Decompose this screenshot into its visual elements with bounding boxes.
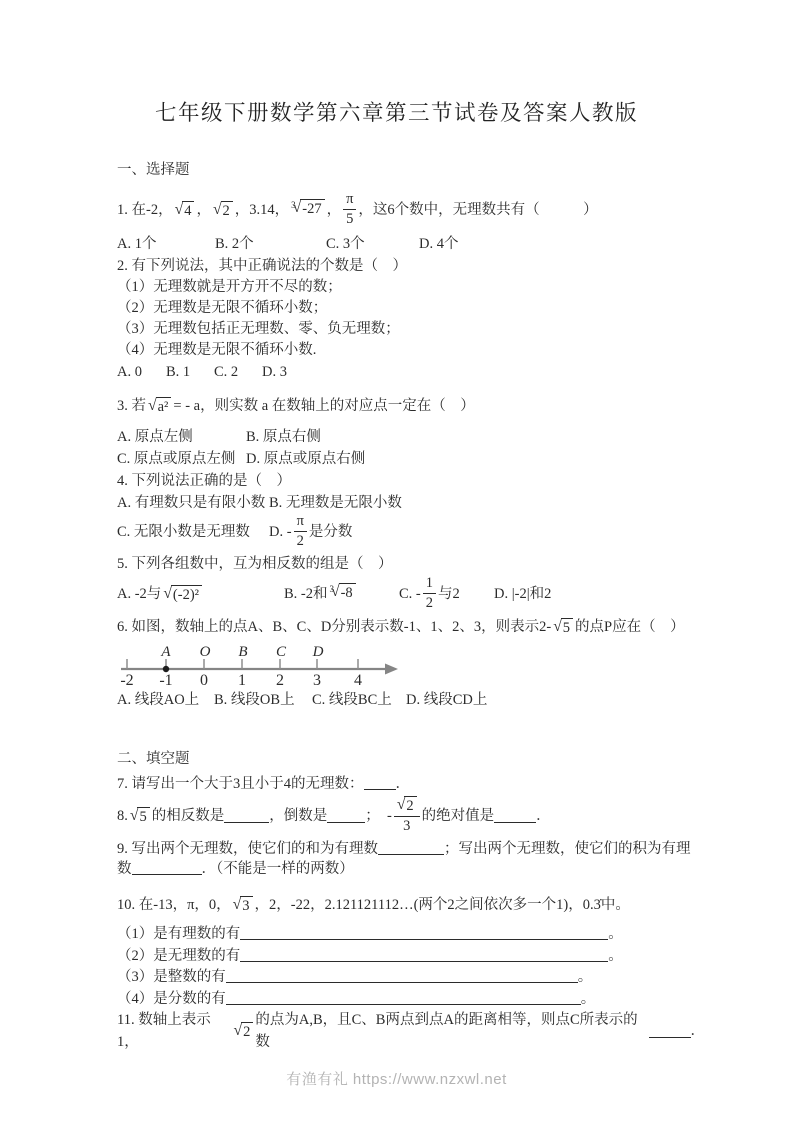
q6-options: A. 线段AO上 B. 线段OB上 C. 线段BC上 D. 线段CD上 xyxy=(117,689,705,711)
question-9-line-1: 9. 写出两个无理数，使它们的和为有理数；写出两个无理数，使它们的积为有理 xyxy=(117,839,705,859)
answer-blank xyxy=(649,1024,691,1038)
q8-end: ． xyxy=(536,805,551,827)
tick-label: 0 xyxy=(200,672,208,687)
answer-blank xyxy=(226,969,578,983)
sqrt-2: √2 xyxy=(213,201,233,220)
q4-options-row-1: A. 有理数只是有限小数 B. 无理数是无限小数 xyxy=(117,492,705,514)
radicand: 5 xyxy=(561,618,573,637)
tick-label: -1 xyxy=(159,672,172,687)
q10-item-3: （3）是整数的有。 xyxy=(117,967,705,989)
numerator: 1 xyxy=(423,575,436,594)
q1-comma2: ， xyxy=(327,199,342,221)
radical-sign: √ xyxy=(553,619,562,635)
q3-options-row-2: C. 原点或原点左侧 D. 原点或原点右侧 xyxy=(117,448,705,470)
q1-options: A. 1个 B. 2个 C. 3个 D. 4个 xyxy=(117,233,705,255)
question-8: 8. √5 的相反数是 ，倒数是 ； - √23 的绝对值是 ． xyxy=(117,797,705,835)
sqrt-2: √2 xyxy=(397,796,417,815)
radicand: (-2)² xyxy=(171,585,202,604)
radical-sign: √ xyxy=(234,1023,243,1039)
q10-item-end: 。 xyxy=(608,926,623,942)
q3-options-row-1: A. 原点左侧 B. 原点右侧 xyxy=(117,426,705,448)
axis-arrow xyxy=(385,664,398,675)
q5-option-b-pre: B. -2和 xyxy=(284,583,328,605)
q10-item-2-label: （2）是无理数的有 xyxy=(117,948,240,964)
q1-text-post: ，这6个数中，无理数共有（ ） xyxy=(358,199,597,221)
tick-label: 3 xyxy=(313,672,321,687)
radicand: 2 xyxy=(404,796,416,815)
denominator: 3 xyxy=(403,817,410,835)
tick-label: -2 xyxy=(120,672,133,687)
point-label-A: A xyxy=(160,644,171,660)
q1-option-d: D. 4个 xyxy=(419,233,458,255)
q4-option-d: D. - π2 是分数 xyxy=(269,514,352,550)
q3-option-a: A. 原点左侧 xyxy=(117,426,246,448)
sqrt-4: √4 xyxy=(175,201,195,220)
q4-option-d-pre: D. - xyxy=(269,521,292,543)
q6-option-d: D. 线段CD上 xyxy=(406,689,487,711)
question-1: 1. 在-2， √4 ， √2 ，3.14， 3√-27 ， π5 ，这6个数中… xyxy=(117,189,705,231)
q5-option-d: D. |-2|和2 xyxy=(494,583,551,605)
q10-item-end: 。 xyxy=(608,948,623,964)
q1-text-pre: 1. 在-2， xyxy=(117,199,173,221)
exam-body: 一、选择题 1. 在-2， √4 ， √2 ，3.14， 3√-27 ， π5 … xyxy=(0,127,793,1044)
tick-label: 2 xyxy=(276,672,284,687)
q3-text-post: = - a，则实数 a 在数轴上的对应点一定在（ ） xyxy=(173,395,474,417)
fraction-1-2: 12 xyxy=(423,575,436,611)
q11-end: ． xyxy=(691,1020,706,1042)
q2-item-2: （2）无理数是无限不循环小数； xyxy=(117,298,705,319)
q5-option-c: C. - 12 与2 xyxy=(399,576,494,612)
q5-option-c-pre: C. - xyxy=(399,583,421,605)
q8-text-4: 的绝对值是 xyxy=(422,805,495,827)
q2-option-b: B. 1 xyxy=(166,361,214,383)
q6-option-a: A. 线段AO上 xyxy=(117,689,214,711)
radical-sign: √ xyxy=(397,797,406,813)
sqrt-5: √5 xyxy=(553,618,573,637)
question-7: 7. 请写出一个大于3且小于4的无理数：． xyxy=(117,773,705,795)
q10-item-1-label: （1）是有理数的有 xyxy=(117,926,240,942)
radicand: 3 xyxy=(240,896,252,915)
q6-text-post: 的点P应在（ ） xyxy=(575,616,685,638)
q7-text: 7. 请写出一个大于3且小于4的无理数： xyxy=(117,776,364,792)
question-4: 4. 下列说法正确的是（ ） xyxy=(117,470,705,492)
sqrt-5: √5 xyxy=(130,807,150,826)
exam-page: 七年级下册数学第六章第三节试卷及答案人教版 一、选择题 1. 在-2， √4 ，… xyxy=(0,0,793,1122)
footer-watermark: 有渔有礼 https://www.nzxwl.net xyxy=(0,1068,793,1089)
q4-option-c: C. 无限小数是无理数 xyxy=(117,521,269,543)
q10-item-4: （4）是分数的有。 xyxy=(117,989,705,1011)
q5-option-a: A. -2与 √(-2)² xyxy=(117,583,284,605)
question-11: 11. 数轴上表示1， √2 的点为A,B，且C、B两点到点A的距离相等，则点C… xyxy=(117,1018,705,1044)
radicand: 4 xyxy=(182,201,194,220)
q7-end: ． xyxy=(396,776,411,792)
radical-sign: √ xyxy=(130,808,139,824)
q8-text-1: 的相反数是 xyxy=(152,805,225,827)
q1-option-b: B. 2个 xyxy=(215,233,326,255)
radical-sign: √ xyxy=(148,398,157,414)
q2-item-3: （3）无理数包括正无理数、零、负无理数； xyxy=(117,319,705,340)
q4-option-b: B. 无理数是无限小数 xyxy=(269,492,402,514)
answer-blank xyxy=(240,948,608,962)
radicand: 2 xyxy=(221,201,233,220)
sqrt-3: √3 xyxy=(233,896,253,915)
question-10: 10. 在-13，π，0， √3 ，2，-22，2.121121112…(两个2… xyxy=(117,892,705,918)
fraction-pi-2: π2 xyxy=(294,513,307,549)
answer-blank xyxy=(494,809,536,823)
radical-sign: √ xyxy=(175,202,184,218)
answer-blank xyxy=(226,991,581,1005)
q9-text-3: 数 xyxy=(117,861,132,877)
q9-text-4: ．（不能是一样的两数） xyxy=(202,861,354,877)
q9-text-1: 9. 写出两个无理数，使它们的和为有理数 xyxy=(117,841,378,857)
radical-sign: √ xyxy=(213,202,222,218)
q3-text-pre: 3. 若 xyxy=(117,395,146,417)
numerator: √2 xyxy=(394,796,420,817)
question-5: 5. 下列各组数中，互为相反数的组是（ ） xyxy=(117,553,705,575)
q6-option-b: B. 线段OB上 xyxy=(214,689,312,711)
q4-option-d-post: 是分数 xyxy=(309,521,353,543)
q3-option-c: C. 原点或原点左侧 xyxy=(117,448,246,470)
q4-options-row-2: C. 无限小数是无理数 D. - π2 是分数 xyxy=(117,514,705,550)
numerator: π xyxy=(343,191,356,210)
radical-sign: √ xyxy=(163,586,172,602)
tick-label: 1 xyxy=(238,672,246,687)
question-6: 6. 如图，数轴上的点A、B、C、D分别表示数-1、1、2、3，则表示2- √5… xyxy=(117,615,705,639)
q10-text-pre: 10. 在-13，π，0， xyxy=(117,894,231,916)
q3-option-d: D. 原点或原点右侧 xyxy=(246,448,365,470)
point-label-B: B xyxy=(238,644,247,660)
radicand: 2 xyxy=(241,1022,253,1041)
question-3: 3. 若 √a² = - a，则实数 a 在数轴上的对应点一定在（ ） xyxy=(117,390,705,422)
q8-text-3: ； - xyxy=(365,805,392,827)
q11-text-post: 的点为A,B，且C、B两点到点A的距离相等，则点C所表示的数 xyxy=(255,1009,648,1053)
q8-text-2: ，倒数是 xyxy=(269,805,327,827)
denominator: 5 xyxy=(346,210,353,228)
denominator: 2 xyxy=(426,594,433,612)
page-title: 七年级下册数学第六章第三节试卷及答案人教版 xyxy=(0,0,793,127)
q5-option-a-pre: A. -2与 xyxy=(117,583,161,605)
answer-blank xyxy=(327,809,365,823)
q6-text-pre: 6. 如图，数轴上的点A、B、C、D分别表示数-1、1、2、3，则表示2- xyxy=(117,616,551,638)
denominator: 2 xyxy=(297,532,304,550)
q1-comma: ， xyxy=(196,199,211,221)
radicand: -27 xyxy=(300,199,324,218)
q2-option-d: D. 3 xyxy=(262,361,287,383)
q9-text-2: ；写出两个无理数，使它们的积为有理 xyxy=(444,841,691,857)
fraction-pi-5: π5 xyxy=(343,191,356,227)
answer-blank xyxy=(240,926,608,940)
q10-item-2: （2）是无理数的有。 xyxy=(117,946,705,968)
section-2-heading: 二、填空题 xyxy=(117,748,705,770)
q5-option-b: B. -2和 3√-8 xyxy=(284,583,399,605)
sqrt-2: √2 xyxy=(234,1022,254,1041)
answer-blank xyxy=(224,809,269,823)
point-label-C: C xyxy=(276,644,287,660)
q2-option-a: A. 0 xyxy=(117,361,166,383)
sqrt-neg2-squared: √(-2)² xyxy=(163,585,202,604)
q10-item-3-label: （3）是整数的有 xyxy=(117,969,226,985)
radicand: a² xyxy=(156,397,172,416)
cube-root-neg8: 3√-8 xyxy=(330,583,356,605)
q1-option-a: A. 1个 xyxy=(117,233,215,255)
q6-option-c: C. 线段BC上 xyxy=(312,689,406,711)
q10-item-end: 。 xyxy=(578,969,593,985)
q10-item-1: （1）是有理数的有。 xyxy=(117,924,705,946)
answer-blank xyxy=(378,841,444,855)
question-2: 2. 有下列说法，其中正确说法的个数是（ ） xyxy=(117,255,705,277)
q10-item-4-label: （4）是分数的有 xyxy=(117,991,226,1007)
question-9-line-2: 数．（不能是一样的两数） xyxy=(117,859,705,879)
q3-option-b: B. 原点右侧 xyxy=(246,426,321,448)
q5-option-c-post: 与2 xyxy=(438,583,460,605)
q10-item-end: 。 xyxy=(581,991,596,1007)
radical-sign: √ xyxy=(233,897,242,913)
point-label-D: D xyxy=(312,644,324,660)
section-1-heading: 一、选择题 xyxy=(117,159,705,181)
radical-sign: √ xyxy=(331,584,340,600)
radicand: -8 xyxy=(339,583,356,602)
numerator: π xyxy=(294,513,307,532)
sqrt-a-squared: √a² xyxy=(148,397,171,416)
answer-blank xyxy=(364,776,396,790)
fraction-sqrt2-3: √23 xyxy=(394,796,420,834)
q4-option-a: A. 有理数只是有限小数 xyxy=(117,492,269,514)
q8-text-pre: 8. xyxy=(117,805,128,827)
radical-sign: √ xyxy=(293,200,302,216)
q1-option-c: C. 3个 xyxy=(326,233,419,255)
number-line-figure: A O B C D -2 -1 0 1 2 3 4 xyxy=(117,643,417,687)
q10-text-post: ，2，-22，2.121121112…(两个2之间依次多一个1)，0.3̇中。 xyxy=(255,894,630,916)
cube-root-neg27: 3√-27 xyxy=(291,199,324,221)
point-label-O: O xyxy=(200,644,211,660)
answer-blank xyxy=(132,861,202,875)
q2-option-c: C. 2 xyxy=(214,361,262,383)
q2-item-1: （1）无理数就是开方开不尽的数； xyxy=(117,277,705,298)
radicand: 5 xyxy=(137,807,149,826)
q5-options: A. -2与 √(-2)² B. -2和 3√-8 C. - 12 与2 D. … xyxy=(117,575,705,613)
tick-label: 4 xyxy=(354,672,362,687)
q2-options: A. 0 B. 1 C. 2 D. 3 xyxy=(117,361,705,383)
q11-text-pre: 11. 数轴上表示1， xyxy=(117,1009,232,1053)
q1-text-mid: ，3.14， xyxy=(235,199,289,221)
q2-item-4: （4）无理数是无限不循环小数. xyxy=(117,340,705,361)
